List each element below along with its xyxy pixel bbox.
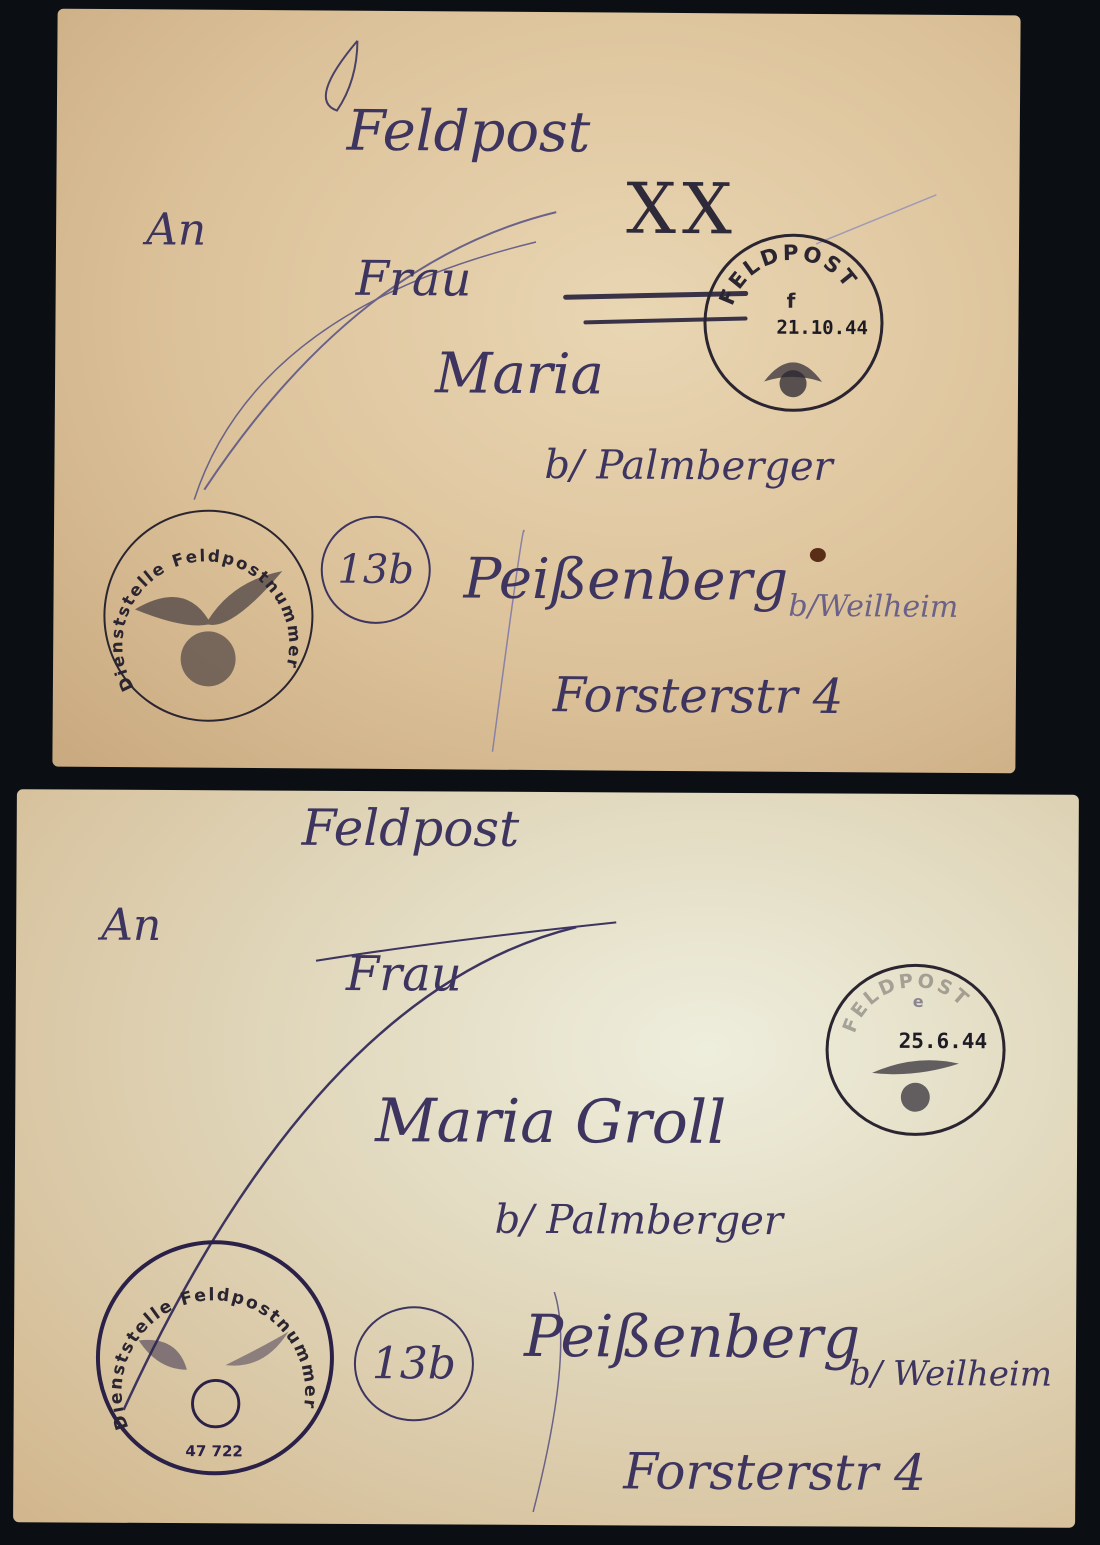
- postmark-letter: f: [787, 289, 796, 313]
- salutation: An: [146, 204, 206, 255]
- envelope-bottom: Feldpost An Frau Maria Groll b/ Palmberg…: [13, 789, 1079, 1528]
- district: b/Weilheim: [788, 589, 958, 625]
- unit-stamp: Dienststelle Feldpostnummer 47 722: [95, 1240, 334, 1476]
- svg-text:Dienststelle Feldpostnummer: Dienststelle Feldpostnummer: [106, 1285, 321, 1434]
- street: Forsterstr 4: [623, 1442, 926, 1502]
- salutation: An: [101, 900, 161, 951]
- postmark-date: 25.6.44: [899, 1029, 988, 1053]
- envelope-top: Feldpost An Frau XX Maria b/ Palmberger …: [52, 9, 1020, 774]
- title: Frau: [346, 946, 462, 1003]
- recipient-name: Maria Groll: [375, 1086, 726, 1158]
- circled-note: 13b: [320, 515, 431, 624]
- unit-stamp: Dienststelle Feldpostnummer: [103, 509, 314, 722]
- street: Forsterstr 4: [553, 667, 844, 725]
- care-of: b/ Palmberger: [495, 1197, 784, 1245]
- circled-note: 13b: [354, 1306, 475, 1422]
- eagle-emblem: [872, 1060, 959, 1075]
- eagle-emblem: [139, 1340, 187, 1370]
- care-of: b/ Palmberger: [544, 442, 833, 490]
- feldpost-postmark: FELDPOST e 25.6.44: [825, 963, 1006, 1136]
- district: b/ Weilheim: [849, 1354, 1052, 1395]
- unit-number: 47 722: [185, 1442, 243, 1460]
- feldpost-postmark: FELDPOST f 21.10.44: [703, 233, 884, 412]
- postmark-letter: e: [913, 992, 924, 1011]
- service-mark: Feldpost: [347, 99, 591, 166]
- svg-text:FELDPOST: FELDPOST: [838, 968, 975, 1036]
- title: Frau: [356, 251, 472, 308]
- city: Peißenberg: [463, 546, 788, 613]
- stain: [810, 548, 826, 562]
- postmark-date: 21.10.44: [776, 317, 868, 340]
- recipient-name: Maria: [435, 341, 604, 407]
- city: Peißenberg: [524, 1302, 860, 1372]
- service-mark: Feldpost: [302, 799, 520, 858]
